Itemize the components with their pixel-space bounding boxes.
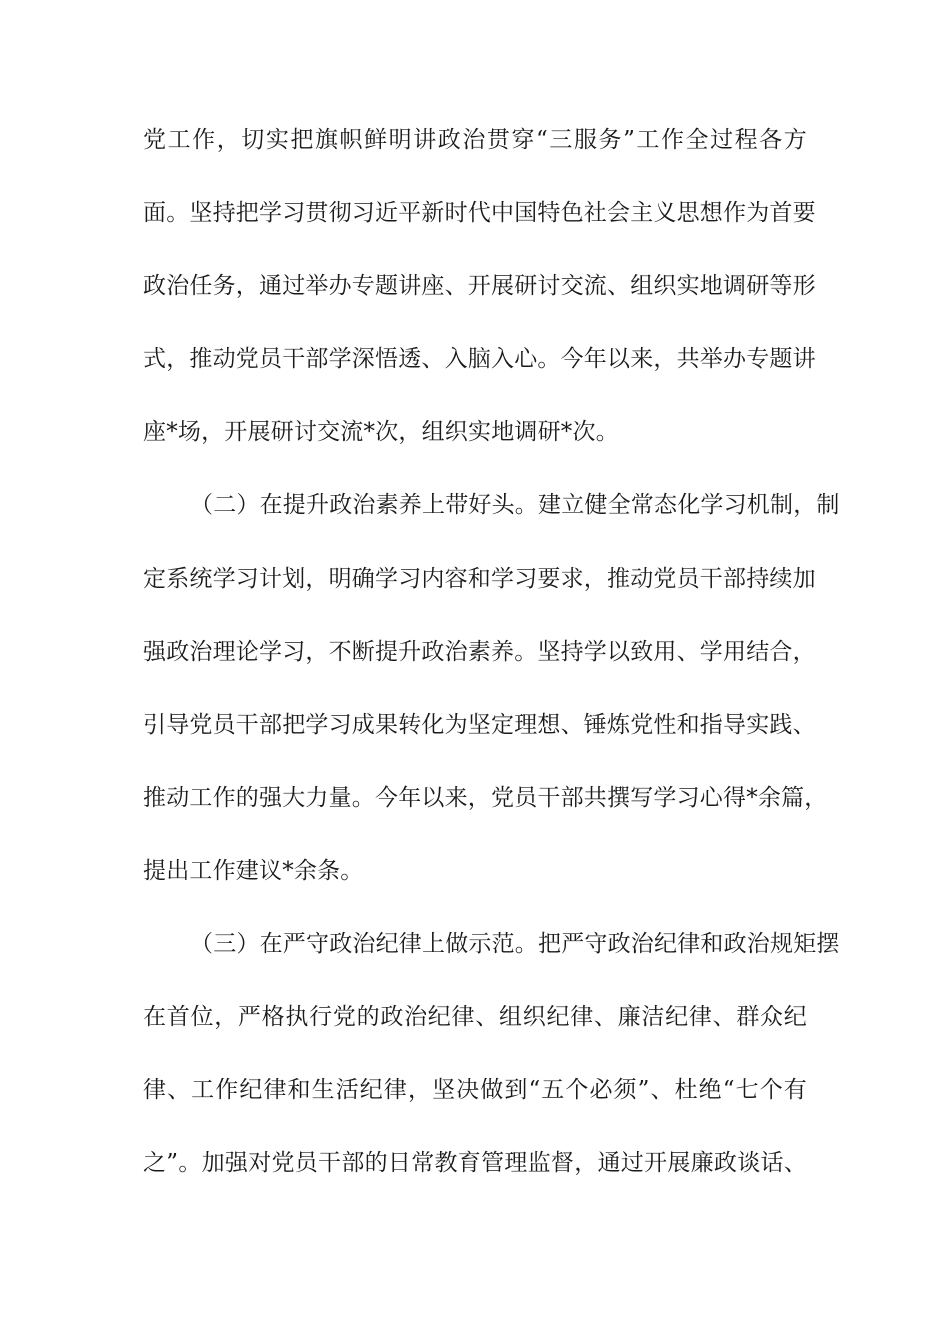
text-line: 推动工作的强大力量。今年以来，党员干部共撰写学习心得*余篇， xyxy=(143,762,807,835)
text-line-indented: （三）在严守政治纪律上做示范。把严守政治纪律和政治规矩摆 xyxy=(143,908,807,981)
text-line: 座*场，开展研讨交流*次，组织实地调研*次。 xyxy=(143,396,807,469)
paragraph-3-political-discipline: （三）在严守政治纪律上做示范。把严守政治纪律和政治规矩摆 在首位，严格执行党的政… xyxy=(143,908,807,1200)
text-line-indented: （二）在提升政治素养上带好头。建立健全常态化学习机制，制 xyxy=(143,469,807,542)
text-line: 律、工作纪律和生活纪律，坚决做到“五个必须”、杜绝“七个有 xyxy=(143,1054,807,1127)
text-line: 面。坚持把学习贯彻习近平新时代中国特色社会主义思想作为首要 xyxy=(143,177,807,250)
text-line: 党工作，切实把旗帜鲜明讲政治贯穿“三服务”工作全过程各方 xyxy=(143,104,807,177)
text-line: 引导党员干部把学习成果转化为坚定理想、锤炼党性和指导实践、 xyxy=(143,689,807,762)
text-line: 之”。加强对党员干部的日常教育管理监督，通过开展廉政谈话、 xyxy=(143,1127,807,1200)
text-line: 提出工作建议*余条。 xyxy=(143,835,807,908)
text-line: 政治任务，通过举办专题讲座、开展研讨交流、组织实地调研等形 xyxy=(143,250,807,323)
document-body: 党工作，切实把旗帜鲜明讲政治贯穿“三服务”工作全过程各方 面。坚持把学习贯彻习近… xyxy=(143,104,807,1200)
text-line: 强政治理论学习，不断提升政治素养。坚持学以致用、学用结合， xyxy=(143,616,807,689)
text-line: 定系统学习计划，明确学习内容和学习要求，推动党员干部持续加 xyxy=(143,543,807,616)
document-page: 党工作，切实把旗帜鲜明讲政治贯穿“三服务”工作全过程各方 面。坚持把学习贯彻习近… xyxy=(0,0,950,1344)
paragraph-2-political-literacy: （二）在提升政治素养上带好头。建立健全常态化学习机制，制 定系统学习计划，明确学… xyxy=(143,469,807,908)
text-line: 在首位，严格执行党的政治纪律、组织纪律、廉洁纪律、群众纪 xyxy=(143,981,807,1054)
text-line: 式，推动党员干部学深悟透、入脑入心。今年以来，共举办专题讲 xyxy=(143,323,807,396)
paragraph-1-continuation: 党工作，切实把旗帜鲜明讲政治贯穿“三服务”工作全过程各方 面。坚持把学习贯彻习近… xyxy=(143,104,807,469)
